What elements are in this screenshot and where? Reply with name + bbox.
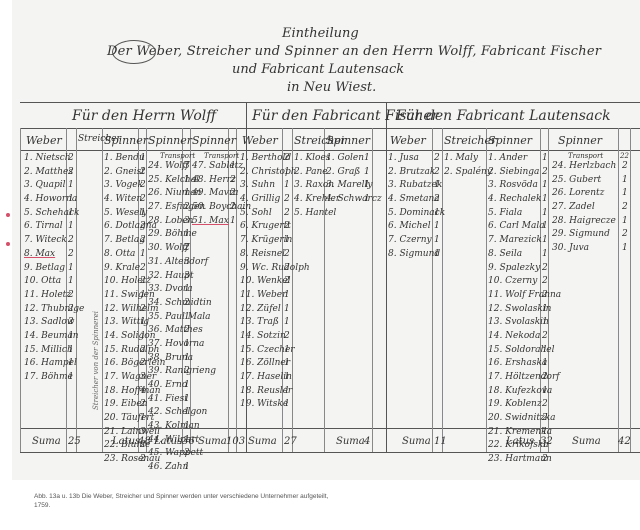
list-entry: 13. Svolaskin [488,316,561,330]
list-entry: 12. Thubnige [24,303,84,317]
sum-wolff-weber-label: Suma [32,436,61,447]
list-entry: 2 [184,201,190,215]
list-entry: 33. Dvora [148,283,216,297]
sum-lautensack-spinner2-value: 42 [618,436,631,447]
list-entry: 6. Carl Mala [488,220,561,234]
list-entry: 15. Czecher [240,344,310,358]
list-entry: 27. Zadel [552,201,616,215]
list-entry: 2 [284,193,290,207]
list-entry: 2 [68,316,74,330]
sum-wolff-spinner2-label: Latus [154,436,182,447]
list-entry: 19. Koblenz [488,398,561,412]
transport-count: 22 [620,152,629,160]
list-entry: 1 [230,215,236,229]
list-entry: 1 [68,330,74,344]
list-entry: 1 [542,234,548,248]
list-entry: 1 [434,248,440,262]
list-entry: 5. Hantel [294,207,340,221]
list-entry: 39. Ranigrieng [148,365,216,379]
list-entry: 2 [542,166,548,180]
col-header-spinner: Spinner [558,134,602,147]
list-entry: 1 [68,357,74,371]
list-entry: 2 [284,207,290,221]
list-entry: 3 [184,215,190,229]
list-entry: 26. Lorentz [552,187,616,201]
list-entry: 1 [68,344,74,358]
list-entry: 1 [140,248,146,262]
list-entry: 32. Haupt [148,270,216,284]
list-entry: 2 [68,152,74,166]
list-entry: 1 [542,344,548,358]
sum-wolff-spinner2-value: 36 [182,436,195,447]
list-entry: 1 [68,207,74,221]
list-entry: 1. Maly [444,152,492,166]
list-entry: 45. Wappett [148,447,216,461]
list-entry: 2 [140,220,146,234]
list-entry: 1 [140,330,146,344]
list-entry: 1 [68,262,74,276]
list-entry: 1 [622,174,628,188]
list-entry: 2 [184,447,190,461]
sum-fischer-weber-value: 27 [284,436,297,447]
list-entry: 2 [434,193,440,207]
column-header-rule [20,150,640,151]
list-entry: 1 [622,187,628,201]
list-entry: 12. Swolaskin [488,303,561,317]
title-line-3: in Neu Wiest. [287,80,376,95]
list-entry: 46. Zahn [148,461,216,475]
sum-wolff-spinner3-label: Suma [198,436,227,447]
list-entry: 1 [622,242,628,256]
list-entry: 2 [184,324,190,338]
list-entry: 1. Nietsch [24,152,84,166]
list-entry: 12. Züfel [240,303,310,317]
sum-lautensack-weber-label: Suma [402,436,431,447]
list-entry: 43. Kolman [148,420,216,434]
col-divider [630,128,631,452]
list-entry: 1 [364,193,370,207]
list-entry: 11. Weber [240,289,310,303]
list-entry: 1 [284,179,290,193]
list-entry: 1 [542,152,548,166]
sum-fischer-weber-label: Suma [248,436,277,447]
list-entry: 19. Witske [240,398,310,412]
sum-lautensack-spinner1-value: 32 [540,436,553,447]
list-entry: 9. Wc. Rudolph [240,262,310,276]
list-entry: 1 [542,207,548,221]
list-entry: 13. Traß [240,316,310,330]
table-top-rule [20,102,640,103]
list-entry: 1 [284,303,290,317]
fischer-spinner-list: 1. Golen2. Graß3. Marelly4. Schwarcz [326,152,382,207]
list-entry: 11. Holetz [24,289,84,303]
list-entry: 2 [140,262,146,276]
list-entry: 18. Reusler [240,385,310,399]
list-entry: 16. Zöllner [240,357,310,371]
list-entry: 1 [542,179,548,193]
list-entry: 2 [68,289,74,303]
group-header-rule [20,128,640,129]
list-entry: 2 [434,166,440,180]
list-entry: 30. Wolff [148,242,216,256]
list-entry: 10. Czerny [488,275,561,289]
list-entry: 24. Herlzbach [552,160,616,174]
list-entry: 2 [184,365,190,379]
list-entry: 1 [542,357,548,371]
sum-fischer-spinner-label: Suma [336,436,365,447]
streicher-side-note: Streicher von der Spinnerei [92,160,100,410]
list-entry: 15. Millich [24,344,84,358]
list-entry: 20. Swidnitzka [488,412,561,426]
list-entry: 3 [140,371,146,385]
list-entry: 1 [68,193,74,207]
list-entry: 8. Max [24,248,84,262]
list-entry: 1 [284,371,290,385]
list-entry: 2 [284,330,290,344]
list-entry: 1 [184,393,190,407]
list-entry: 2 [542,453,548,467]
list-entry: 2 [140,398,146,412]
col-divider [102,128,103,452]
sum-wolff-weber-value: 25 [68,436,81,447]
list-entry: 2. Matthes [24,166,84,180]
list-entry: 1 [284,398,290,412]
list-entry: 1 [434,220,440,234]
list-entry: 2 [140,303,146,317]
list-entry: 2 [284,152,290,166]
lautensack-spinner2-counts: 2112121 [622,160,628,256]
list-entry: 2 [68,166,74,180]
list-entry: 1 [364,152,370,166]
list-entry: 3. Rosvöda [488,179,561,193]
list-entry: 2 [140,357,146,371]
list-entry: 2 [140,193,146,207]
title-line-2: und Fabricant Lautensack [232,62,404,77]
list-entry: 1. Ander [488,152,561,166]
list-entry: 1 [230,160,236,174]
list-entry: 1 [184,379,190,393]
list-entry: 4 [140,385,146,399]
list-entry: 23. Hartmann [488,453,561,467]
red-mark [6,213,10,217]
list-entry: 1 [140,207,146,221]
fischer-weber-counts: 2112221222111211111 [284,152,290,412]
list-entry: 1 [68,179,74,193]
wolff-weber-counts: 22111122112221111 [68,152,74,385]
list-entry: 2 [542,412,548,426]
lautensack-spinner2-list: 24. Herlzbach25. Gubert26. Lorentz27. Za… [552,160,616,256]
wolff-weber-list: 1. Nietsch2. Matthes3. Quapil4. Howorna5… [24,152,84,385]
col-header-weber: Weber [26,134,62,147]
col-header-spinner: Spinner [192,134,236,147]
list-entry: 1 [184,406,190,420]
figure-caption: Abb. 13a u. 13b Die Weber, Streicher und… [34,492,334,510]
lautensack-streicher-list: 1. Maly2. Spalény [444,152,492,179]
list-entry: 2 [230,174,236,188]
list-entry: 1 [140,412,146,426]
list-entry: 4. Schwarcz [326,193,382,207]
list-entry: 31. Altendorf [148,256,216,270]
list-entry: 1 [68,275,74,289]
list-entry: 5. Fiala [488,207,561,221]
list-entry: 2 [284,262,290,276]
list-entry: 30. Juva [552,242,616,256]
list-entry: 29. Sigmund [552,228,616,242]
list-entry: 5. Schehack [24,207,84,221]
list-entry: 18. Kufezkova [488,385,561,399]
list-entry: 1 [284,344,290,358]
list-entry: 1. Golen [326,152,382,166]
list-entry: 1 [542,303,548,317]
list-entry: 16. Ershaska [488,357,561,371]
list-entry: 2 [542,398,548,412]
list-entry: 35. Paul Mala [148,311,216,325]
list-entry: 16. Hampel [24,357,84,371]
group-title-wolff: Für den Herrn Wolff [72,108,216,124]
list-entry: 1 [542,316,548,330]
list-entry: 2 [284,220,290,234]
list-entry: 3. Marelly [326,179,382,193]
list-entry: 14. Nekoda [488,330,561,344]
list-entry: 2 [622,228,628,242]
col-header-spinner: Spinner [104,134,148,147]
sum-lautensack-spinner1-label: Latus [506,436,534,447]
transport-label: Transport [204,152,239,160]
list-entry: 13. Sadlow [24,316,84,330]
wolff-spinner1-counts: 12221221221211223421322 [140,152,146,467]
list-entry: 1 [184,338,190,352]
col-divider [20,128,21,452]
wolff-spinner2-counts: 31123123312121121111121 [184,160,190,475]
list-entry: 2 [542,289,548,303]
list-entry: 8. Seila [488,248,561,262]
list-entry: 9. Betlag [24,262,84,276]
list-entry: 1 [184,187,190,201]
list-entry: 1 [434,179,440,193]
col-header-spinner: Spinner [148,134,192,147]
list-entry: 1 [184,420,190,434]
list-entry: 2 [68,303,74,317]
list-entry: 1 [542,248,548,262]
list-entry: 7. Marezick [488,234,561,248]
list-entry: 4. Rechalek [488,193,561,207]
list-entry: 1 [184,228,190,242]
list-entry: 29. Böhme [148,228,216,242]
list-entry: 2 [184,242,190,256]
transport-label: Transport [160,152,195,160]
list-entry: 2 [542,262,548,276]
list-entry: 1 [284,234,290,248]
red-mark [6,242,10,246]
list-entry: 2 [184,297,190,311]
list-entry: 1 [68,371,74,385]
list-entry: 37. Hovorna [148,338,216,352]
col-header-weber: Weber [242,134,278,147]
list-entry: 1 [184,352,190,366]
list-entry: 14. Sotzin [240,330,310,344]
sum-fischer-spinner-value: 4 [364,436,370,447]
list-entry: 2 [68,248,74,262]
list-entry: 3 [184,160,190,174]
list-entry: 1 [542,385,548,399]
sum-wolff-spinner3-value: 103 [226,436,245,447]
list-entry: 6. Tirnal [24,220,84,234]
sum-wolff-spinner1-label: Latus [112,436,140,447]
fischer-spinner-counts: 1111 [364,152,370,207]
list-entry: 1 [184,174,190,188]
col-header-spinner: Spinner [326,134,370,147]
list-entry: 38. Bruna [148,352,216,366]
list-entry: 1 [184,311,190,325]
list-entry: 28. Haigrecze [552,215,616,229]
title-block: Eintheilung Der Weber, Streicher und Spi… [12,0,640,102]
list-entry: 2. Siebinga [488,166,561,180]
wolff-spinner3-counts: 12221 [230,160,236,228]
list-entry: 1 [140,316,146,330]
col-header-weber: Weber [390,134,426,147]
list-entry: 2 [140,453,146,467]
list-entry: 1 [140,289,146,303]
list-entry: 2. Spalény [444,166,492,180]
list-entry: 3. Quapil [24,179,84,193]
sum-lautensack-spinner2-label: Suma [572,436,601,447]
list-entry: 1 [184,283,190,297]
list-entry: 15. Soldorahel [488,344,561,358]
list-entry: 2 [434,152,440,166]
list-entry: 7. Krügerin [240,234,310,248]
list-entry: 8. Reisnel [240,248,310,262]
list-entry: 17. Haselin [240,371,310,385]
list-entry: 4. Howorna [24,193,84,207]
list-entry: 2 [622,201,628,215]
list-entry: 6. Krugertt [240,220,310,234]
list-entry: 3 [184,256,190,270]
list-entry: 2 [622,160,628,174]
list-entry: 1 [542,193,548,207]
list-entry: 1 [68,220,74,234]
col-header-spinner: Spinner [488,134,532,147]
sum-wolff-spinner1-value: 48 [138,436,151,447]
list-entry: 41. Fiesi [148,393,216,407]
list-entry: 7. Witeck [24,234,84,248]
list-entry: 2 [140,234,146,248]
list-entry: 1 [284,316,290,330]
lautensack-weber-counts: 22121111 [434,152,440,262]
list-entry: 2 [284,248,290,262]
list-entry: 14. Beuman [24,330,84,344]
lautensack-spinner1-counts: 12111111222112112122112 [542,152,548,467]
list-entry: 1 [434,207,440,221]
group-title-lautensack: Für den Fabricant Lautensack [396,108,611,124]
list-entry: 1 [284,357,290,371]
list-entry: 1 [434,234,440,248]
document-page: Eintheilung Der Weber, Streicher und Spi… [12,0,640,480]
list-entry: 9. Spalezky [488,262,561,276]
group-divider-fischer-lautensack [386,102,387,452]
list-entry: 34. Schmidtin [148,297,216,311]
lautensack-spinner1-list: 1. Ander2. Siebinga3. Rosvöda4. Rechalek… [488,152,561,467]
list-entry: 2 [140,275,146,289]
list-entry: 2 [230,201,236,215]
title-line-1: Der Weber, Streicher und Spinner an den … [107,44,601,59]
list-entry: 1 [284,385,290,399]
list-entry: 1 [622,215,628,229]
col-divider [618,128,619,452]
list-entry: 2 [542,330,548,344]
document-heading: Eintheilung [282,26,359,41]
list-entry: 2 [140,166,146,180]
transport-label: Transport [568,152,603,160]
list-entry: 1 [542,220,548,234]
list-entry: 2 [230,187,236,201]
list-entry: 2 [140,179,146,193]
list-entry: 2. Graß [326,166,382,180]
list-entry: 2 [284,275,290,289]
list-entry: 10. Wenkel [240,275,310,289]
list-entry: 1 [184,461,190,475]
list-entry: 11. Wolf Franna [488,289,561,303]
list-entry: 3 [184,270,190,284]
list-entry: 10. Otta [24,275,84,289]
list-entry: 2 [68,234,74,248]
sum-lautensack-weber-value: 11 [434,436,447,447]
list-entry: 25. Gubert [552,174,616,188]
list-entry: 1 [364,166,370,180]
list-entry: 17. Höltzendorf [488,371,561,385]
list-entry: 1 [284,166,290,180]
list-entry: 2 [140,344,146,358]
list-entry: 40. Erno [148,379,216,393]
list-entry: 1 [284,289,290,303]
list-entry: 1 [140,152,146,166]
list-entry: 36. Matthes [148,324,216,338]
list-entry: 17. Böhme [24,371,84,385]
list-entry: 2 [542,275,548,289]
list-entry: 2 [542,371,548,385]
list-entry: 1 [364,179,370,193]
list-entry: 42. Schelgon [148,406,216,420]
